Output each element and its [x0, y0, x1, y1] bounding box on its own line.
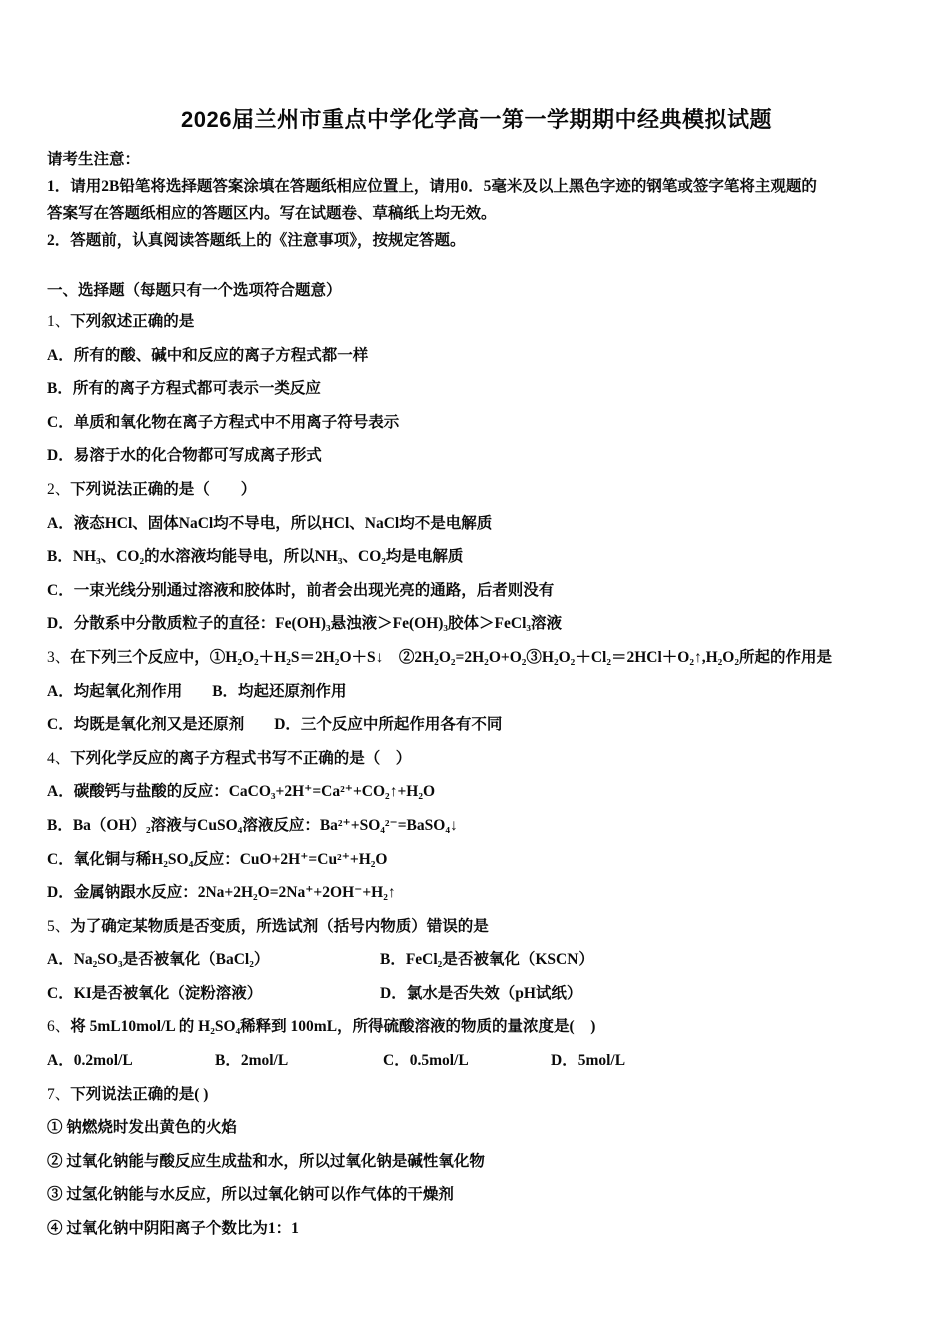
question-5-stem-text: 为了确定某物质是否变质，所选试剂（括号内物质）错误的是: [70, 918, 489, 935]
question-3-option-row-1: A．均起氧化剂作用B．均起还原剂作用: [47, 675, 906, 709]
question-6-option-b: B．2mol/L: [215, 1044, 383, 1078]
question-4-stem: 4、下列化学反应的离子方程式书写不正确的是（ ）: [47, 742, 906, 776]
question-2-stem-text: 下列说法正确的是（ ）: [70, 481, 256, 498]
question-2-number: 2、: [47, 481, 70, 498]
question-5-option-b: B．FeCl₂是否被氧化（KSCN）: [380, 951, 594, 968]
question-7-statement-2: ② 过氧化钠能与酸反应生成盐和水，所以过氧化钠是碱性氧化物: [47, 1145, 906, 1179]
notice-heading: 请考生注意：: [47, 146, 906, 173]
question-4-option-b: B．Ba（OH）₂溶液与CuSO₄溶液反应：Ba²⁺+SO₄²⁻=BaSO₄↓: [47, 809, 906, 843]
question-1-option-d: D．易溶于水的化合物都可写成离子形式: [47, 439, 906, 473]
section-heading: 一、选择题（每题只有一个选项符合题意）: [47, 277, 906, 305]
question-6-option-d: D．5mol/L: [551, 1052, 625, 1069]
question-3: 3、在下列三个反应中，①H₂O₂＋H₂S＝2H₂O＋S↓ ②2H₂O₂=2H₂O…: [47, 641, 906, 742]
question-5-stem: 5、为了确定某物质是否变质，所选试剂（括号内物质）错误的是: [47, 910, 906, 944]
question-1-stem: 1、下列叙述正确的是: [47, 305, 906, 339]
question-4-option-d: D．金属钠跟水反应：2Na+2H₂O=2Na⁺+2OH⁻+H₂↑: [47, 876, 906, 910]
question-4: 4、下列化学反应的离子方程式书写不正确的是（ ） A．碳酸钙与盐酸的反应：CaC…: [47, 742, 906, 910]
question-7-stem-text: 下列说法正确的是( ): [70, 1086, 208, 1103]
notice-line-2: 答案写在答题纸相应的答题区内。写在试题卷、草稿纸上均无效。: [47, 200, 906, 227]
question-5-number: 5、: [47, 918, 70, 935]
question-2-option-b: B．NH₃、CO₂的水溶液均能导电，所以NH₃、CO₂均是电解质: [47, 540, 906, 574]
question-7-statement-1: ① 钠燃烧时发出黄色的火焰: [47, 1111, 906, 1145]
question-6-stem-text: 将 5mL10mol/L 的 H₂SO₄稀释到 100mL，所得硫酸溶液的物质的…: [70, 1018, 595, 1035]
question-2: 2、下列说法正确的是（ ） A．液态HCl、固体NaCl均不导电，所以HCl、N…: [47, 473, 906, 641]
question-7-statement-4: ④ 过氧化钠中阴阳离子个数比为1：1: [47, 1212, 906, 1246]
question-1-option-a: A．所有的酸、碱中和反应的离子方程式都一样: [47, 339, 906, 373]
question-6: 6、将 5mL10mol/L 的 H₂SO₄稀释到 100mL，所得硫酸溶液的物…: [47, 1010, 906, 1077]
question-5-option-a: A．Na₂SO₃是否被氧化（BaCl₂）: [47, 943, 380, 977]
question-3-option-c: C．均既是氧化剂又是还原剂: [47, 708, 244, 742]
question-6-option-a: A．0.2mol/L: [47, 1044, 215, 1078]
question-2-stem: 2、下列说法正确的是（ ）: [47, 473, 906, 507]
question-5-option-row-2: C．KI是否被氧化（淀粉溶液）D．氯水是否失效（pH试纸）: [47, 977, 906, 1011]
question-7-number: 7、: [47, 1086, 70, 1103]
question-6-option-row: A．0.2mol/LB．2mol/LC．0.5mol/LD．5mol/L: [47, 1044, 906, 1078]
question-2-option-a: A．液态HCl、固体NaCl均不导电，所以HCl、NaCl均不是电解质: [47, 507, 906, 541]
question-2-option-c: C．一束光线分别通过溶液和胶体时，前者会出现光亮的通路，后者则没有: [47, 574, 906, 608]
question-4-stem-text: 下列化学反应的离子方程式书写不正确的是（ ）: [70, 750, 411, 767]
question-1-option-b: B．所有的离子方程式都可表示一类反应: [47, 372, 906, 406]
question-4-option-a: A．碳酸钙与盐酸的反应：CaCO₃+2H⁺=Ca²⁺+CO₂↑+H₂O: [47, 775, 906, 809]
question-4-option-c: C．氧化铜与稀H₂SO₄反应：CuO+2H⁺=Cu²⁺+H₂O: [47, 843, 906, 877]
notice-line-3: 2．答题前，认真阅读答题纸上的《注意事项》，按规定答题。: [47, 227, 906, 254]
question-5-option-c: C．KI是否被氧化（淀粉溶液）: [47, 977, 380, 1011]
question-7-stem: 7、下列说法正确的是( ): [47, 1078, 906, 1112]
question-3-option-a: A．均起氧化剂作用: [47, 675, 182, 709]
page-title: 2026届兰州市重点中学化学高一第一学期期中经典模拟试题: [47, 104, 906, 136]
question-6-number: 6、: [47, 1018, 70, 1035]
question-6-stem: 6、将 5mL10mol/L 的 H₂SO₄稀释到 100mL，所得硫酸溶液的物…: [47, 1010, 906, 1044]
question-3-stem: 3、在下列三个反应中，①H₂O₂＋H₂S＝2H₂O＋S↓ ②2H₂O₂=2H₂O…: [47, 641, 906, 675]
question-6-option-c: C．0.5mol/L: [383, 1044, 551, 1078]
question-3-stem-text: 在下列三个反应中，①H₂O₂＋H₂S＝2H₂O＋S↓ ②2H₂O₂=2H₂O+O…: [70, 649, 832, 666]
question-4-number: 4、: [47, 750, 70, 767]
notice-section: 请考生注意： 1．请用2B铅笔将选择题答案涂填在答题纸相应位置上，请用0．5毫米…: [47, 146, 906, 254]
question-7-statement-3: ③ 过氢化钠能与水反应，所以过氧化钠可以作气体的干燥剂: [47, 1178, 906, 1212]
notice-line-1: 1．请用2B铅笔将选择题答案涂填在答题纸相应位置上，请用0．5毫米及以上黑色字迹…: [47, 173, 906, 200]
question-1-stem-text: 下列叙述正确的是: [70, 313, 194, 330]
question-5-option-row-1: A．Na₂SO₃是否被氧化（BaCl₂）B．FeCl₂是否被氧化（KSCN）: [47, 943, 906, 977]
question-1: 1、下列叙述正确的是 A．所有的酸、碱中和反应的离子方程式都一样 B．所有的离子…: [47, 305, 906, 473]
question-3-option-b: B．均起还原剂作用: [212, 683, 346, 700]
question-7: 7、下列说法正确的是( ) ① 钠燃烧时发出黄色的火焰 ② 过氧化钠能与酸反应生…: [47, 1078, 906, 1246]
question-3-option-d: D．三个反应中所起作用各有不同: [274, 716, 502, 733]
question-1-number: 1、: [47, 313, 70, 330]
exam-paper-page: 2026届兰州市重点中学化学高一第一学期期中经典模拟试题 请考生注意： 1．请用…: [0, 0, 950, 1344]
question-1-option-c: C．单质和氧化物在离子方程式中不用离子符号表示: [47, 406, 906, 440]
question-3-number: 3、: [47, 649, 70, 666]
question-2-option-d: D．分散系中分散质粒子的直径：Fe(OH)₃悬浊液＞Fe(OH)₃胶体＞FeCl…: [47, 607, 906, 641]
question-3-option-row-2: C．均既是氧化剂又是还原剂D．三个反应中所起作用各有不同: [47, 708, 906, 742]
question-5-option-d: D．氯水是否失效（pH试纸）: [380, 985, 582, 1002]
question-5: 5、为了确定某物质是否变质，所选试剂（括号内物质）错误的是 A．Na₂SO₃是否…: [47, 910, 906, 1011]
